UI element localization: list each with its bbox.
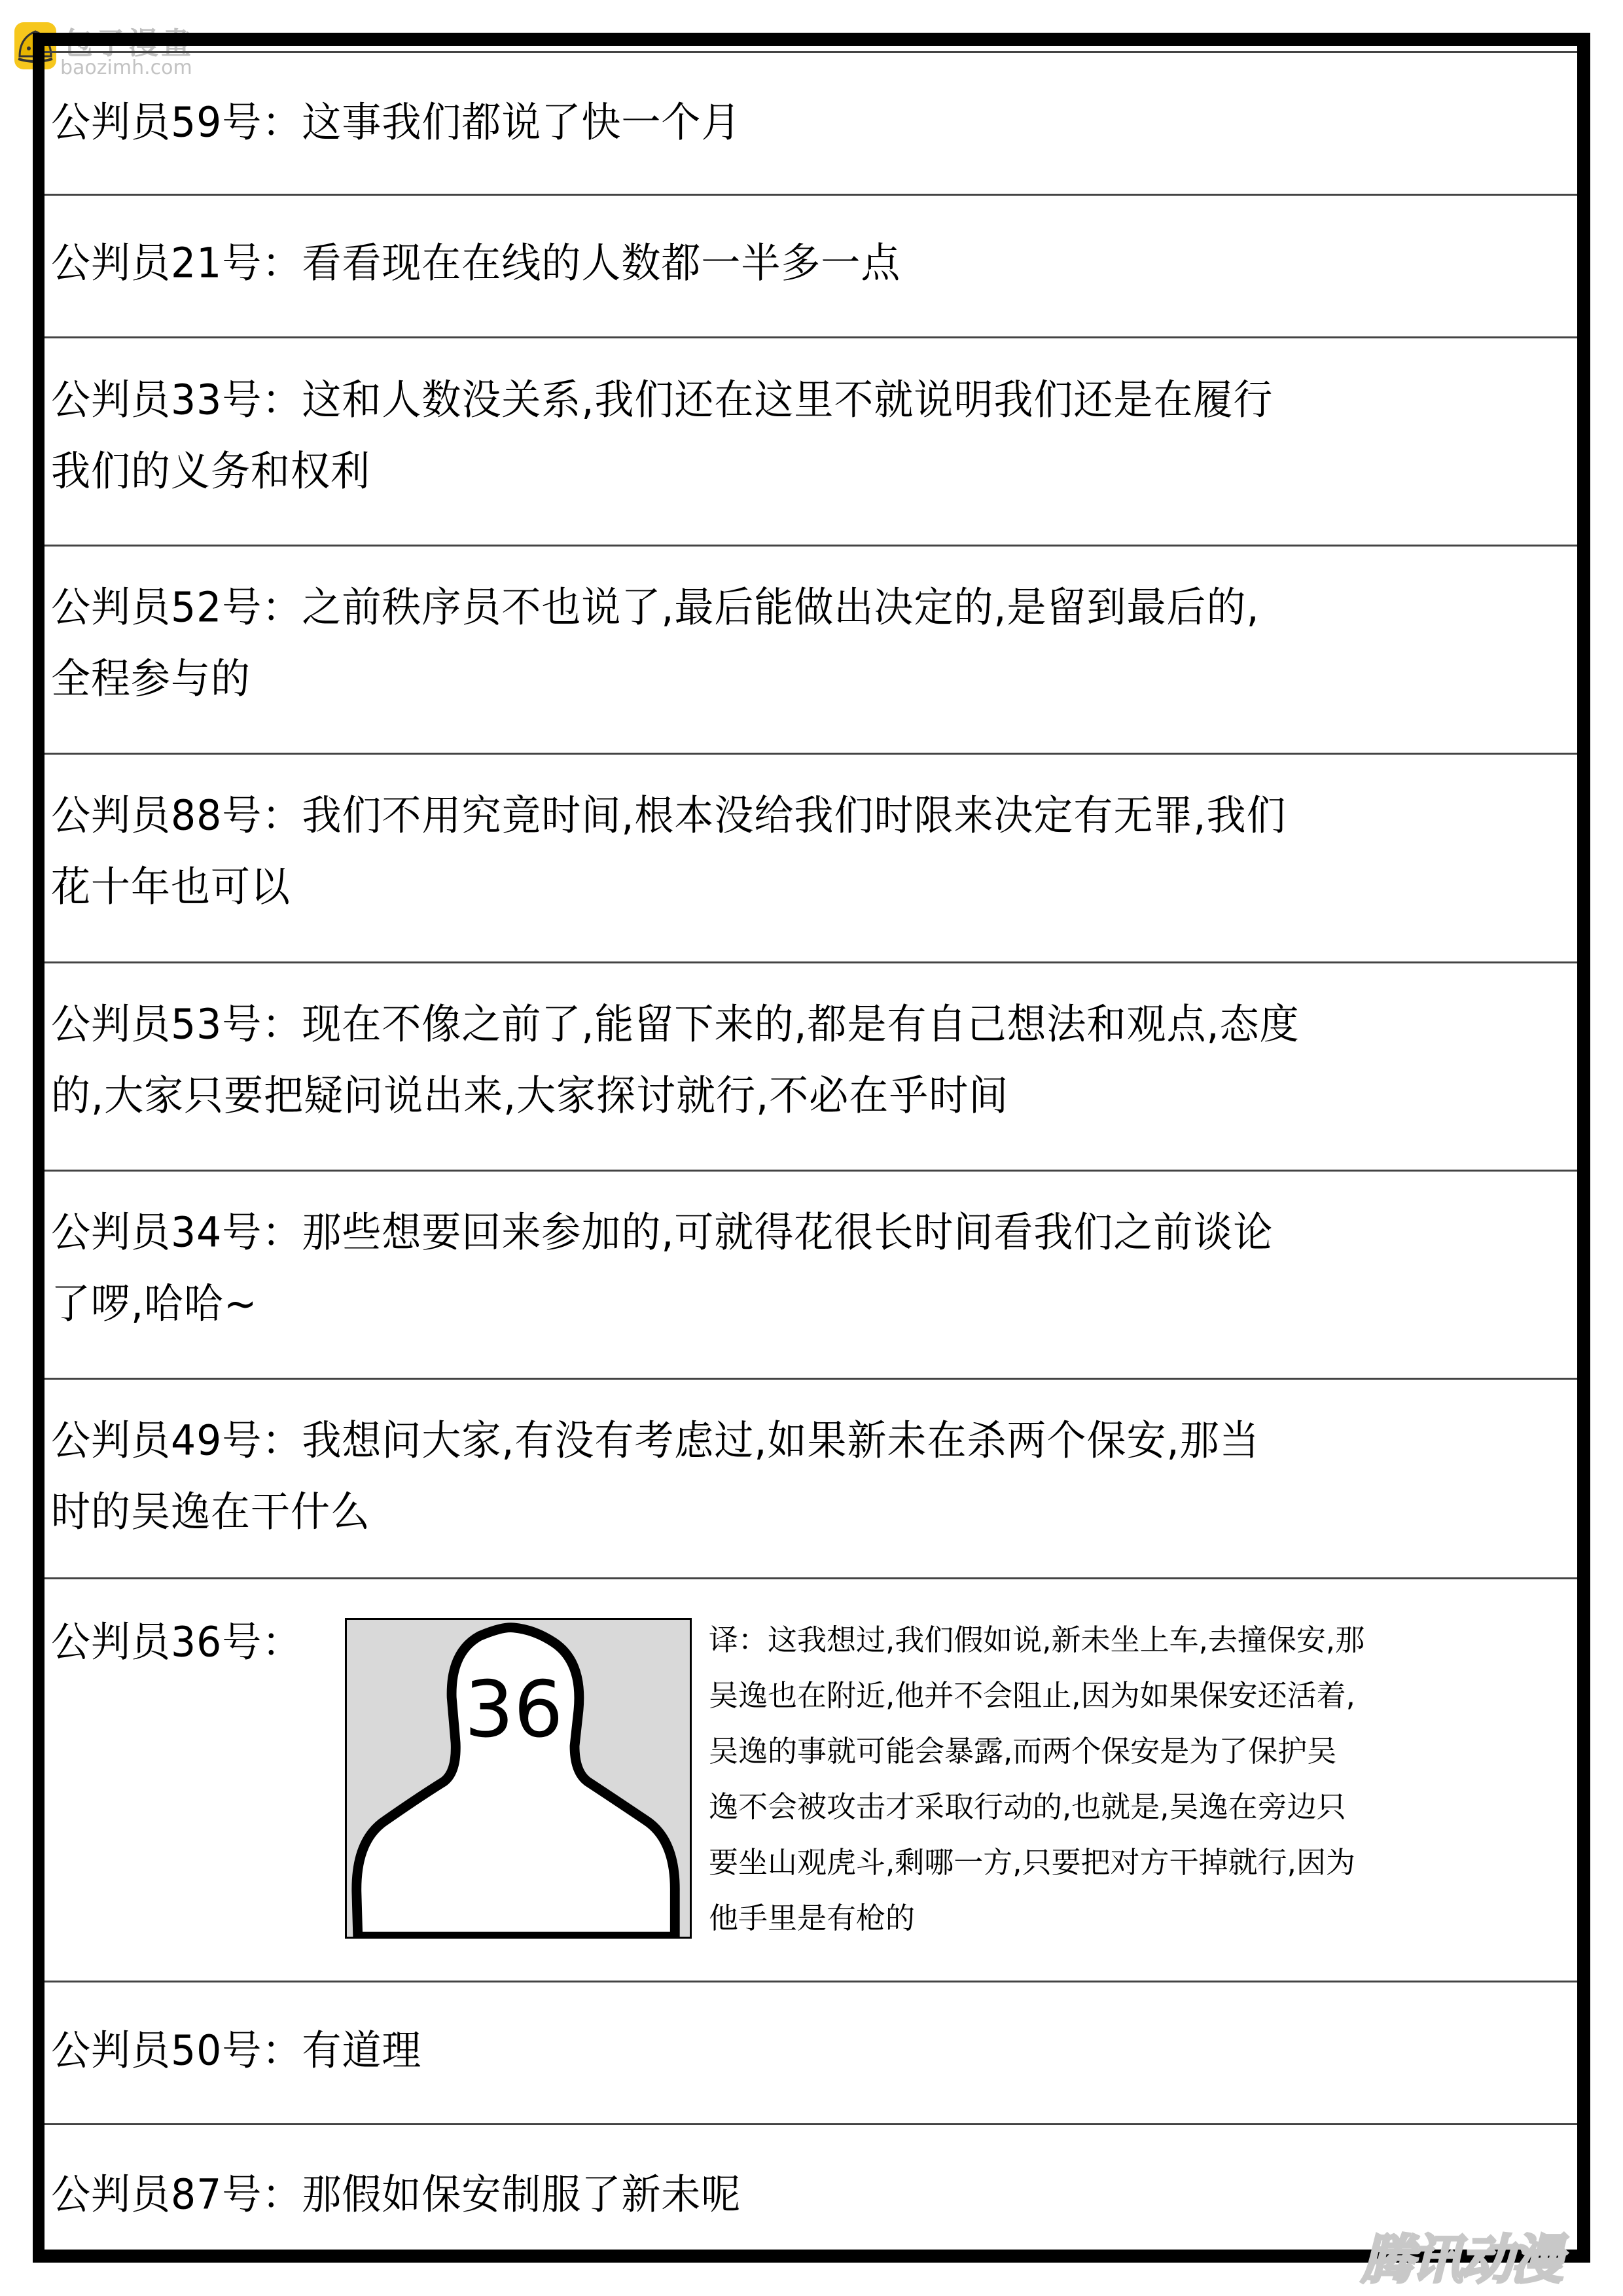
translation-line: 吴逸的事就可能会暴露,而两个保安是为了保护吴: [709, 1733, 1336, 1769]
message-row-50: 公判员50号：有道理: [45, 1982, 1577, 2123]
message-row-52: 公判员52号：之前秩序员不也说了,最后能做出决定的,是留到最后的, 全程参与的: [45, 547, 1577, 753]
message-text: 公判员87号：那假如保安制服了新未呢: [51, 2171, 741, 2219]
message-text: 公判员50号：有道理: [51, 2027, 421, 2075]
message-row-34: 公判员34号：那些想要回来参加的,可就得花很长时间看我们之前谈论 了啰,哈哈~: [45, 1172, 1577, 1378]
message-text: 公判员21号：看看现在在线的人数都一半多一点: [51, 240, 901, 288]
message-text: 花十年也可以: [51, 863, 291, 912]
frame-border-bottom: [33, 2250, 1590, 2263]
message-text: 全程参与的: [51, 655, 251, 704]
frame-border-left: [33, 33, 45, 2263]
message-text: 公判员53号：现在不像之前了,能留下来的,都是有自己想法和观点,态度: [51, 1001, 1300, 1049]
message-text: 公判员33号：这和人数没关系,我们还在这里不就说明我们还是在履行: [51, 376, 1273, 425]
message-text: 的,大家只要把疑问说出来,大家探讨就行,不必在乎时间: [51, 1072, 1008, 1121]
frame-border-right: [1577, 33, 1590, 2263]
speaker-label: 公判员36号：: [51, 1619, 302, 1667]
message-row-21: 公判员21号：看看现在在线的人数都一半多一点: [45, 196, 1577, 336]
message-text: 公判员49号：我想问大家,有没有考虑过,如果新未在杀两个保安,那当: [51, 1417, 1260, 1465]
svg-text:36: 36: [465, 1664, 563, 1755]
silhouette-icon: 36: [347, 1620, 690, 1937]
message-text: 时的吴逸在干什么: [51, 1488, 370, 1537]
message-text: 公判员52号：之前秩序员不也说了,最后能做出决定的,是留到最后的,: [51, 584, 1260, 632]
message-row-49: 公判员49号：我想问大家,有没有考虑过,如果新未在杀两个保安,那当 时的吴逸在干…: [45, 1380, 1577, 1577]
translation-line: 译：这我想过,我们假如说,新未坐上车,去撞保安,那: [709, 1622, 1364, 1658]
message-text: 我们的义务和权利: [51, 448, 370, 496]
translation-line: 要坐山观虎斗,剩哪一方,只要把对方干掉就行,因为: [709, 1844, 1355, 1880]
juror-36-avatar: 36: [345, 1618, 692, 1939]
message-text: 了啰,哈哈~: [51, 1280, 257, 1329]
message-row-33: 公判员33号：这和人数没关系,我们还在这里不就说明我们还是在履行 我们的义务和权…: [45, 338, 1577, 545]
message-row-88: 公判员88号：我们不用究竟时间,根本没给我们时限来决定有无罪,我们 花十年也可以: [45, 755, 1577, 961]
message-text: 公判员34号：那些想要回来参加的,可就得花很长时间看我们之前谈论: [51, 1209, 1273, 1257]
message-row-53: 公判员53号：现在不像之前了,能留下来的,都是有自己想法和观点,态度 的,大家只…: [45, 963, 1577, 1170]
message-text: 公判员88号：我们不用究竟时间,根本没给我们时限来决定有无罪,我们: [51, 792, 1287, 840]
translation-line: 他手里是有枪的: [709, 1900, 915, 1936]
message-row-87: 公判员87号：那假如保安制服了新未呢: [45, 2125, 1577, 2250]
translation-line: 吴逸也在附近,他并不会阻止,因为如果保安还活着,: [709, 1677, 1355, 1713]
message-text: 公判员59号：这事我们都说了快一个月: [51, 99, 741, 147]
frame-border-top: [33, 33, 1590, 46]
translation-line: 逸不会被攻击才采取行动的,也就是,吴逸在旁边只: [709, 1789, 1346, 1825]
watermark-publisher: 腾讯动漫: [1361, 2217, 1560, 2293]
message-row-59: 公判员59号：这事我们都说了快一个月: [45, 53, 1577, 194]
